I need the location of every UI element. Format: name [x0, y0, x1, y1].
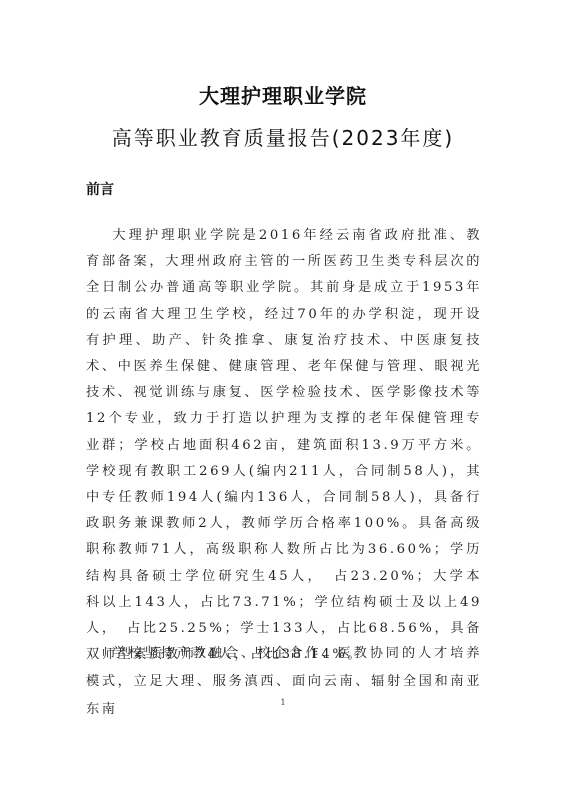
page-number: 1	[0, 698, 566, 707]
paragraph-introduction: 大理护理职业学院是2016年经云南省政府批准、教育部备案，大理州政府主管的一所医…	[86, 223, 482, 668]
document-page: 大理护理职业学院 高等职业教育质量报告(2023年度) 前言 大理护理职业学院是…	[0, 0, 566, 800]
paragraph-training-model: 学校坚持产教融合、校企合作、医教协同的人才培养模式，立足大理、服务滇西、面向云南…	[86, 640, 482, 724]
report-title-institution: 大理护理职业学院	[0, 80, 566, 109]
section-heading-preface: 前言	[86, 179, 114, 199]
report-title-main: 高等职业教育质量报告(2023年度)	[0, 122, 566, 151]
